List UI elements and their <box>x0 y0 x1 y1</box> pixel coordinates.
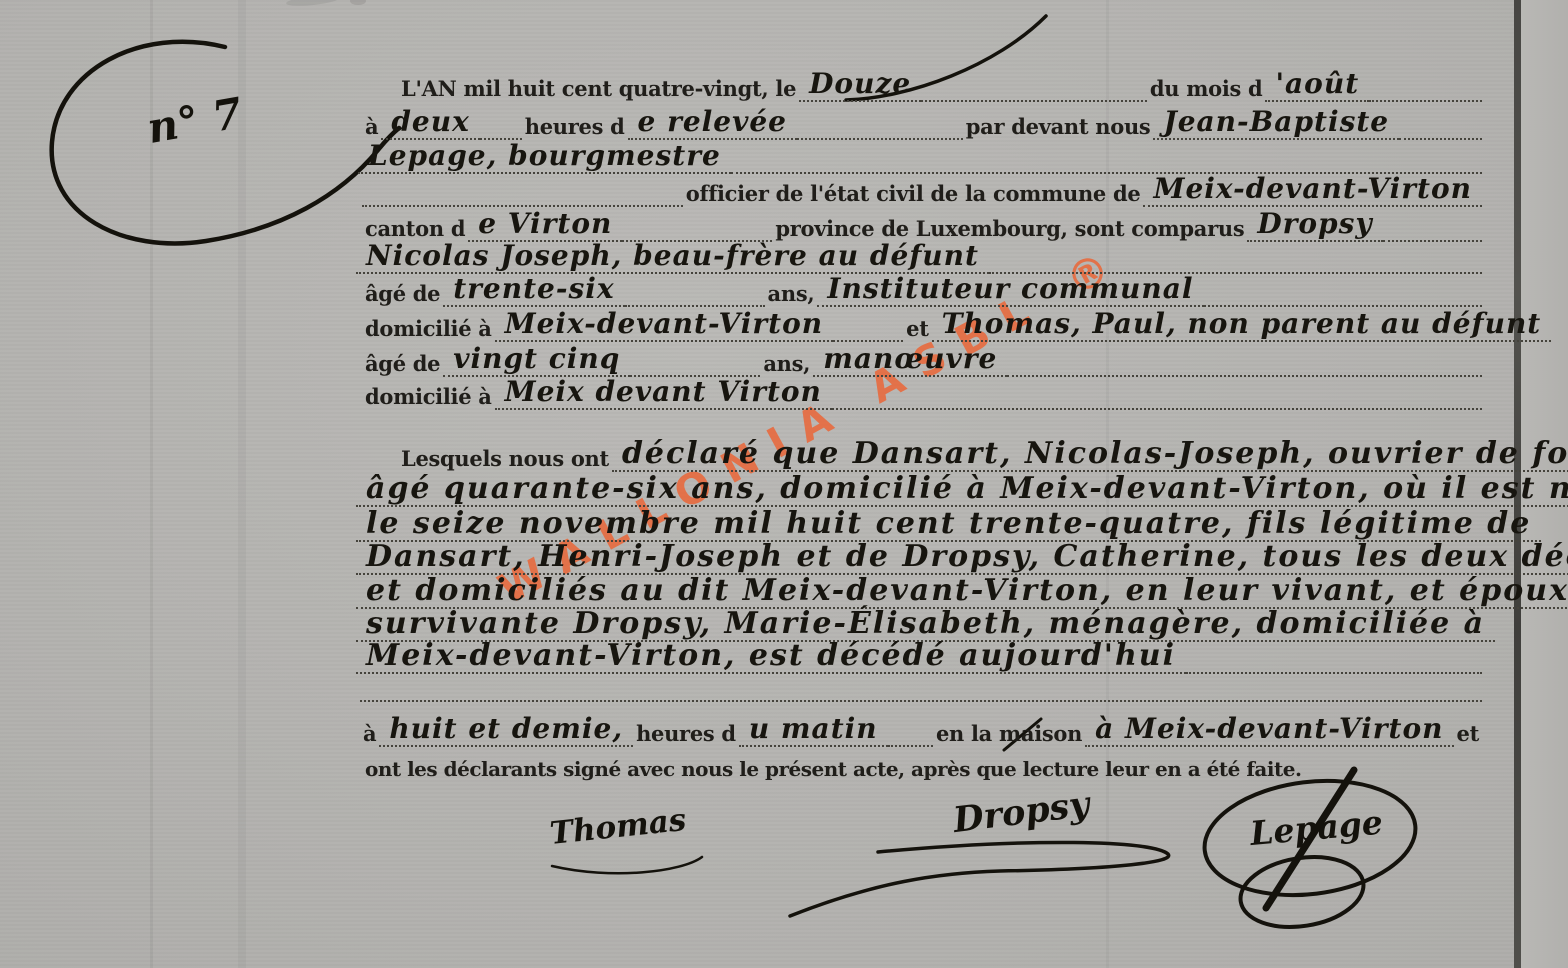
signature-dropsy: Dropsy <box>951 784 1092 841</box>
lepage-small-loop <box>1235 849 1368 936</box>
dotted-rule <box>832 406 1482 410</box>
paper-fold-line <box>238 0 246 968</box>
death-record-scan: WALLONIA ASBL ® n° 7 L'AN mil huit cent … <box>0 0 1568 968</box>
scan-smudge <box>350 0 366 5</box>
signature-thomas: Thomas <box>548 802 688 852</box>
thomas-underline <box>552 857 702 873</box>
blank-ruled-line <box>360 660 1482 702</box>
handwritten-witness2-residence: Meix devant Virton <box>495 377 832 410</box>
annotation-oval-flourish <box>52 42 399 244</box>
registration-number: n° 7 <box>143 88 245 153</box>
form-line-year-day: L'AN mil huit cent quatre-vingt, le Douz… <box>398 60 1482 102</box>
printed-signature-sentence: ont les déclarants signé avec nous le pr… <box>362 756 1304 782</box>
form-line-witness2-residence: domicilié à Meix devant Virton <box>362 368 1482 410</box>
printed-residence-label: domicilié à <box>362 384 495 410</box>
dotted-rule <box>360 698 1482 702</box>
signature-lepage: Lepage <box>1249 803 1385 853</box>
scan-smudge <box>286 0 341 8</box>
dropsy-flourish <box>790 842 1169 916</box>
form-line-signature-sentence: ont les déclarants signé avec nous le pr… <box>362 740 1482 782</box>
